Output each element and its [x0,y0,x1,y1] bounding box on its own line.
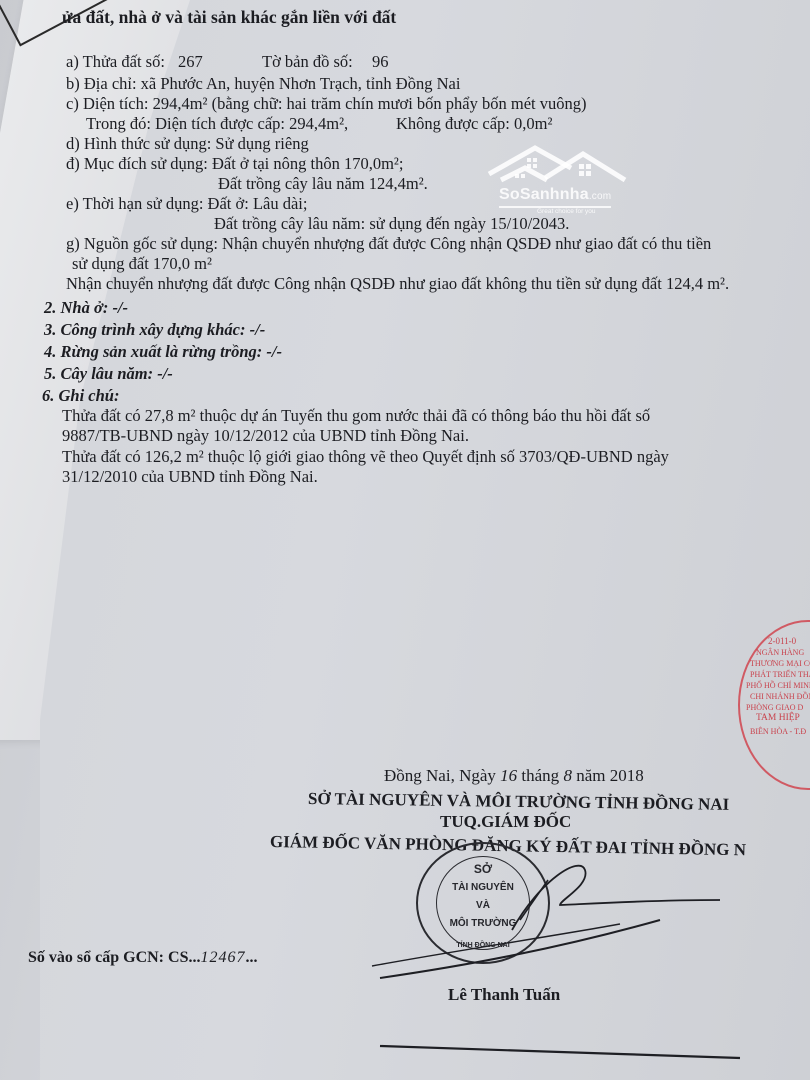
issue-month: 8 [563,766,572,785]
usage-purpose-2: Đất trồng cây lâu năm 124,4m². [218,174,428,193]
section-title: ửa đất, nhà ở và tài sản khác gắn liền v… [62,8,396,27]
parcel-number-value: 267 [178,52,203,71]
note-line-4: 31/12/2010 của UBND tỉnh Đồng Nai. [62,467,318,486]
perennial-item: 5. Cây lâu năm: -/- [44,364,173,383]
other-construction-item: 3. Công trình xây dựng khác: -/- [44,320,265,339]
house-item: 2. Nhà ở: -/- [44,298,128,317]
forest-item: 4. Rừng sản xuất là rừng trồng: -/- [44,342,282,361]
issue-day: 16 [500,766,517,785]
note-line-1: Thửa đất có 27,8 m² thuộc dự án Tuyến th… [62,406,650,425]
watermark-brand: SoSanhnha.com [499,186,611,204]
origin-1: g) Nguồn gốc sử dụng: Nhận chuyển nhượng… [66,234,711,253]
address: b) Địa chỉ: xã Phước An, huyện Nhơn Trạc… [66,74,460,93]
watermark-tagline: Great choice for you [537,208,596,215]
map-sheet-label: Tờ bản đồ số: [262,52,353,71]
official-seal: SỞ TÀI NGUYÊN VÀ MÔI TRƯỜNG TỈNH ĐỒNG NA… [416,842,550,964]
note-line-2: 9887/TB-UBND ngày 10/12/2012 của UBND tỉ… [62,426,469,445]
usage-form: d) Hình thức sử dụng: Sử dụng riêng [66,134,309,153]
area-not-granted: Không được cấp: 0,0m² [396,114,552,133]
map-sheet-value: 96 [372,52,389,71]
signer-name: Lê Thanh Tuấn [448,985,560,1004]
watermark-logo: SoSanhnha.com Great choice for you [485,140,635,220]
notes-label: 6. Ghi chú: [42,386,119,405]
usage-term-1: e) Thời hạn sử dụng: Đất ở: Lâu dài; [66,194,307,213]
note-line-3: Thửa đất có 126,2 m² thuộc lộ giới giao … [62,447,669,466]
houses-icon [485,140,635,188]
usage-purpose-1: đ) Mục đích sử dụng: Đất ở tại nông thôn… [66,154,403,173]
area: c) Diện tích: 294,4m² (bằng chữ: hai tră… [66,94,587,113]
tuq-title: TUQ.GIÁM ĐỐC [440,812,571,831]
issue-date: Đồng Nai, Ngày 16 tháng 8 năm 2018 [384,766,644,785]
origin-2: sử dụng đất 170,0 m² [72,254,212,273]
origin-3: Nhận chuyển nhượng đất được Công nhận QS… [66,274,729,293]
parcel-number-label: a) Thửa đất số: [66,52,165,71]
area-granted: Trong đó: Diện tích được cấp: 294,4m², [86,114,348,133]
registry-number: Số vào sổ cấp GCN: CS...12467... [28,948,257,967]
